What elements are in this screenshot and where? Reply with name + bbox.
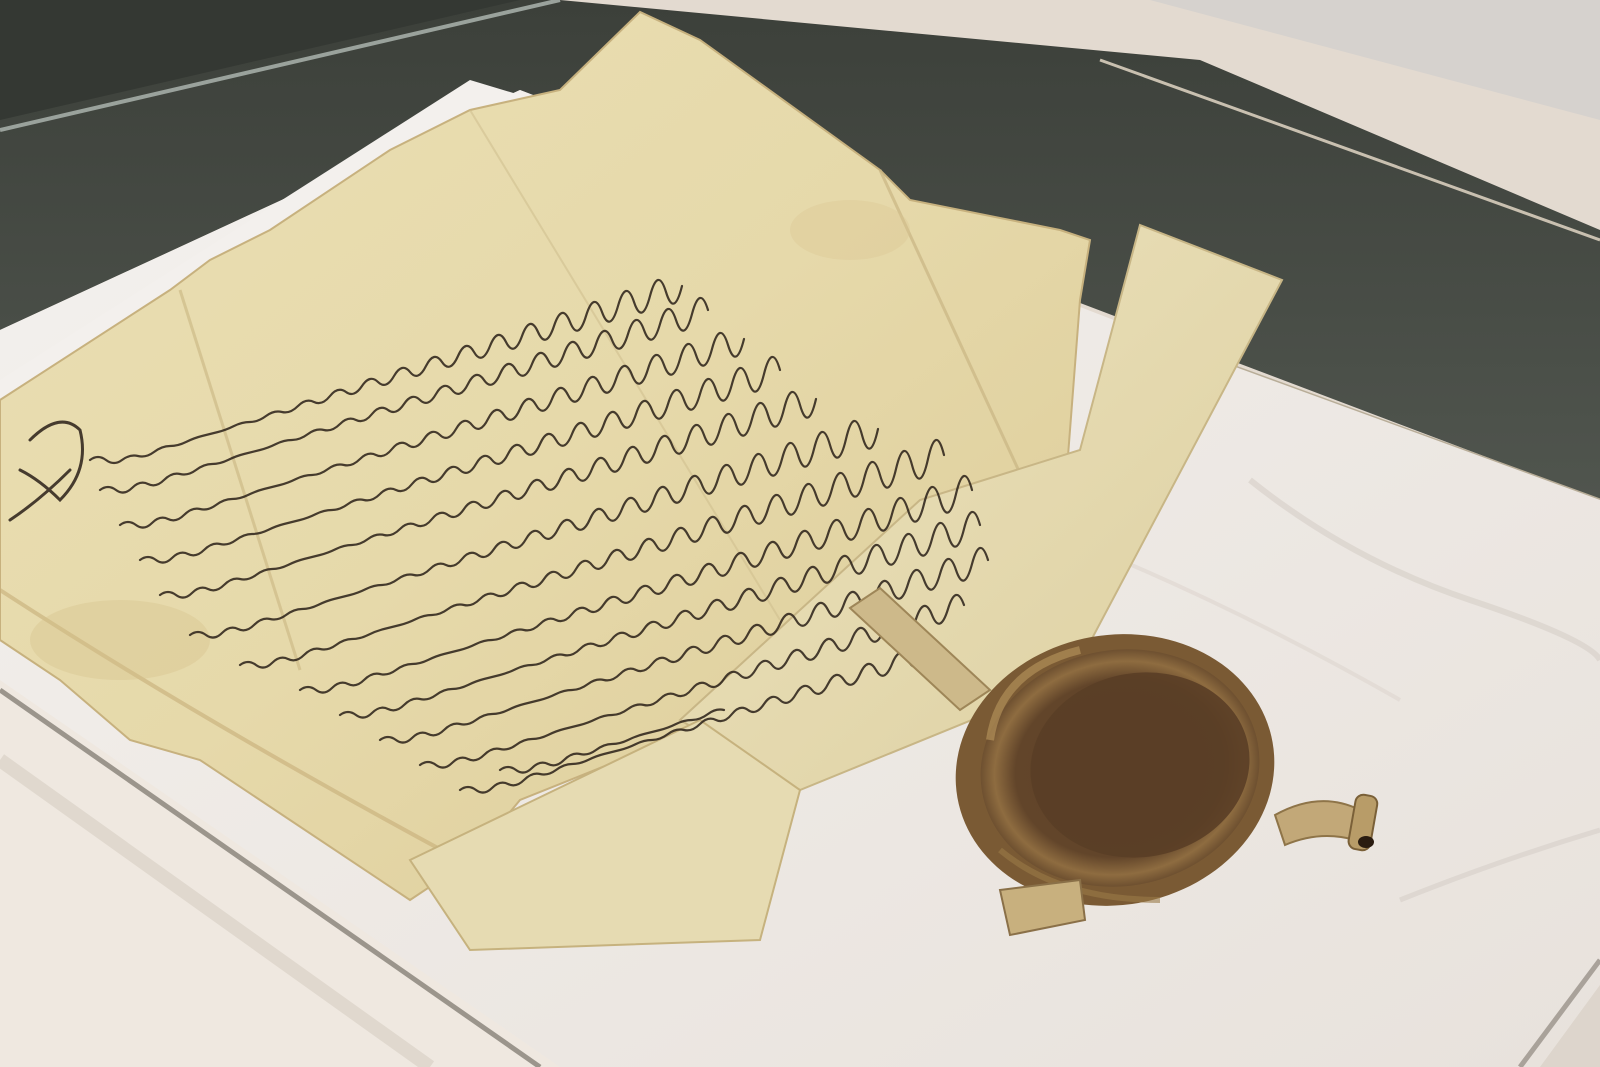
archive-photo bbox=[0, 0, 1600, 1067]
photo-scene bbox=[0, 0, 1600, 1067]
